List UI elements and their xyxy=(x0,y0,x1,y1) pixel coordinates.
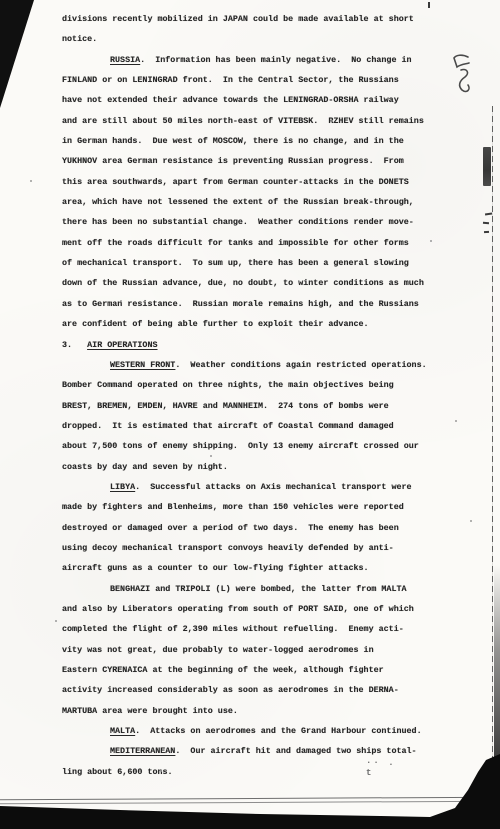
scan-speck xyxy=(330,120,332,122)
scan-speck xyxy=(160,770,162,772)
body-text: activity increased considerably as soon … xyxy=(62,685,399,695)
text-line: and also by Liberators operating from so… xyxy=(62,599,482,619)
scan-corner-fold xyxy=(0,0,34,108)
body-text: . Weather conditions again restricted op… xyxy=(175,360,426,370)
text-line: YUKHNOV area German resistance is preven… xyxy=(62,151,482,171)
body-text: . Information has been mainly negative. … xyxy=(140,55,411,65)
body-text: about 7,500 tons of enemy shipping. Only… xyxy=(62,441,419,451)
scan-speck xyxy=(120,300,122,302)
body-text: destroyed or damaged over a period of tw… xyxy=(62,523,399,533)
body-text: dropped. It is estimated that aircraft o… xyxy=(62,421,394,431)
text-line: MARTUBA area were brought into use. xyxy=(62,701,482,721)
text-line: down of the Russian advance, due, no dou… xyxy=(62,273,482,293)
heading-text: MEDITERRANEAN xyxy=(110,746,175,756)
scan-speck xyxy=(300,690,302,692)
heading-text: AIR OPERATIONS xyxy=(87,340,157,350)
text-line: MEDITERRANEAN. Our aircraft hit and dama… xyxy=(62,741,482,761)
body-text: 3. xyxy=(62,340,87,350)
margin-scribble xyxy=(428,2,430,8)
text-line: and are still about 50 miles north-east … xyxy=(62,111,482,131)
body-text: coasts by day and seven by night. xyxy=(62,462,228,472)
scan-speck xyxy=(55,620,57,622)
text-line: area, which have not lessened the extent… xyxy=(62,192,482,212)
body-text: Eastern CYRENAICA at the beginning of th… xyxy=(62,665,384,675)
text-line: have not extended their advance towards … xyxy=(62,90,482,110)
text-line: are confident of being able further to e… xyxy=(62,314,482,334)
text-line: destroyed or damaged over a period of tw… xyxy=(62,518,482,538)
text-line: completed the flight of 2,390 miles with… xyxy=(62,619,482,639)
text-line: divisions recently mobilized in JAPAN co… xyxy=(62,9,482,29)
body-text: of mechanical transport. To sum up, ther… xyxy=(62,258,409,268)
body-text: notice. xyxy=(62,34,97,44)
text-line: there has been no substantial change. We… xyxy=(62,212,482,232)
text-line: this area southwards, apart from German … xyxy=(62,172,482,192)
text-line: BREST, BREMEN, EMDEN, HAVRE and MANNHEIM… xyxy=(62,396,482,416)
text-line: WESTERN FRONT. Weather conditions again … xyxy=(62,355,482,375)
body-text: . Successful attacks on Axis mechanical … xyxy=(135,482,411,492)
text-line: coasts by day and seven by night. xyxy=(62,457,482,477)
text-line: in German hands. Due west of MOSCOW, the… xyxy=(62,131,482,151)
text-line: activity increased considerably as soon … xyxy=(62,680,482,700)
text-line: 3. AIR OPERATIONS xyxy=(62,335,482,355)
text-line: aircraft guns as a counter to our low-fl… xyxy=(62,558,482,578)
body-text: as to German resistance. Russian morale … xyxy=(62,299,419,309)
text-line: LIBYA. Successful attacks on Axis mechan… xyxy=(62,477,482,497)
text-line: Bomber Command operated on three nights,… xyxy=(62,375,482,395)
text-line: RUSSIA. Information has been mainly nega… xyxy=(62,50,482,70)
text-line: BENGHAZI and TRIPOLI (L) were bombed, th… xyxy=(62,579,482,599)
text-line: ment off the roads difficult for tanks a… xyxy=(62,233,482,253)
body-text: divisions recently mobilized in JAPAN co… xyxy=(62,14,414,24)
text-line: made by fighters and Blenheims, more tha… xyxy=(62,497,482,517)
scan-speck xyxy=(470,520,472,522)
document-lines: divisions recently mobilized in JAPAN co… xyxy=(62,9,482,782)
text-line: Eastern CYRENAICA at the beginning of th… xyxy=(62,660,482,680)
scan-speck xyxy=(210,455,212,457)
stray-ink-marks: ·· . t xyxy=(366,758,406,778)
text-line: ling about 6,600 tons. xyxy=(62,762,482,782)
body-text: vity was not great, due probably to wate… xyxy=(62,645,374,655)
body-text: have not extended their advance towards … xyxy=(62,95,399,105)
text-line: MALTA. Attacks on aerodromes and the Gra… xyxy=(62,721,482,741)
scan-ink-blob xyxy=(483,147,491,186)
body-text: FINLAND or on LENINGRAD front. In the Ce… xyxy=(62,75,399,85)
body-text: there has been no substantial change. We… xyxy=(62,217,414,227)
body-text: ling about 6,600 tons. xyxy=(62,767,173,777)
body-text: . Attacks on aerodromes and the Grand Ha… xyxy=(135,726,421,736)
heading-text: WESTERN FRONT xyxy=(110,360,175,370)
scan-speck xyxy=(30,180,32,182)
text-line: of mechanical transport. To sum up, ther… xyxy=(62,253,482,273)
body-text: are confident of being able further to e… xyxy=(62,319,369,329)
scan-speck xyxy=(430,240,432,242)
body-text: and also by Liberators operating from so… xyxy=(62,604,414,614)
text-line: FINLAND or on LENINGRAD front. In the Ce… xyxy=(62,70,482,90)
paper-edge-vertical-line xyxy=(492,106,493,804)
text-line: vity was not great, due probably to wate… xyxy=(62,640,482,660)
pencil-annotation xyxy=(447,50,477,110)
text-line: as to German resistance. Russian morale … xyxy=(62,294,482,314)
body-text: completed the flight of 2,390 miles with… xyxy=(62,624,404,634)
body-text: ment off the roads difficult for tanks a… xyxy=(62,238,409,248)
body-text: area, which have not lessened the extent… xyxy=(62,197,414,207)
heading-text: MALTA xyxy=(110,726,135,736)
body-text: and are still about 50 miles north-east … xyxy=(62,116,424,126)
text-line: about 7,500 tons of enemy shipping. Only… xyxy=(62,436,482,456)
body-text: Bomber Command operated on three nights,… xyxy=(62,380,394,390)
heading-text: LIBYA xyxy=(110,482,135,492)
text-line: dropped. It is estimated that aircraft o… xyxy=(62,416,482,436)
text-line: using decoy mechanical transport convoys… xyxy=(62,538,482,558)
body-text: BREST, BREMEN, EMDEN, HAVRE and MANNHEIM… xyxy=(62,401,389,411)
body-text: in German hands. Due west of MOSCOW, the… xyxy=(62,136,404,146)
scanned-document-page: divisions recently mobilized in JAPAN co… xyxy=(0,0,500,829)
margin-scribble xyxy=(484,231,489,233)
margin-scribble xyxy=(483,222,489,224)
body-text: using decoy mechanical transport convoys… xyxy=(62,543,394,553)
paper-bottom-edge-line xyxy=(0,797,500,805)
body-text: down of the Russian advance, due, no dou… xyxy=(62,278,424,288)
body-text: aircraft guns as a counter to our low-fl… xyxy=(62,563,369,573)
body-text: this area southwards, apart from German … xyxy=(62,177,409,187)
body-text: BENGHAZI and TRIPOLI (L) were bombed, th… xyxy=(110,584,407,594)
body-text: . Our aircraft hit and damaged two ships… xyxy=(175,746,416,756)
text-line: notice. xyxy=(62,29,482,49)
scan-speck xyxy=(455,420,457,422)
margin-scribble xyxy=(485,213,492,215)
body-text: MARTUBA area were brought into use. xyxy=(62,706,238,716)
heading-text: RUSSIA xyxy=(110,55,140,65)
body-text: made by fighters and Blenheims, more tha… xyxy=(62,502,404,512)
body-text: YUKHNOV area German resistance is preven… xyxy=(62,156,404,166)
